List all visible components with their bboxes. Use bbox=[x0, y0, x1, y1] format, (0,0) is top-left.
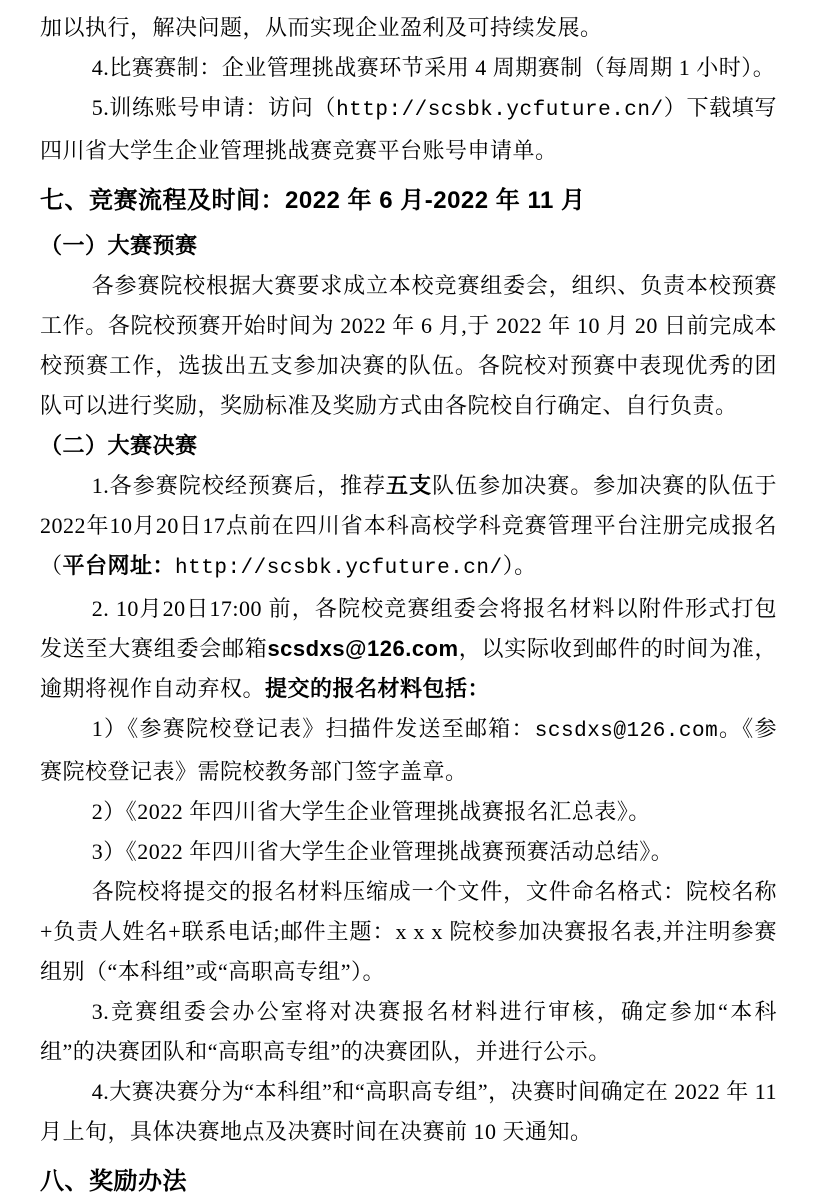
heading-sub-1-preliminary: （一）大赛预赛 bbox=[40, 226, 777, 266]
para-item-5-training-account: 5.训练账号申请：访问（http://scsbk.ycfuture.cn/）下载… bbox=[40, 88, 777, 171]
para-final-2-materials-email: 2. 10月20日17:00 前，各院校竞赛组委会将报名材料以附件形式打包发送至… bbox=[40, 589, 777, 709]
text-run: 4.比赛赛制：企业管理挑战赛环节采用 4 周期赛制（每周期 1 小时）。 bbox=[92, 55, 776, 80]
heading-sub-2-final: （二）大赛决赛 bbox=[40, 426, 777, 466]
para-intro-continuation: 加以执行，解决问题，从而实现企业盈利及可持续发展。 bbox=[40, 8, 777, 48]
text-run: 八、奖励办法 bbox=[40, 1168, 187, 1195]
text-run: 五支 bbox=[386, 473, 432, 498]
text-run: 5.训练账号申请：访问（ bbox=[92, 95, 336, 120]
para-material-3-activity-summary: 3）《2022 年四川省大学生企业管理挑战赛预赛活动总结》。 bbox=[40, 832, 777, 872]
text-run: ）。 bbox=[503, 553, 537, 578]
text-run: 平台网址： bbox=[63, 553, 176, 578]
text-run: （二）大赛决赛 bbox=[40, 433, 198, 458]
text-run: 提交的报名材料包括： bbox=[265, 676, 490, 701]
para-package-naming: 各院校将提交的报名材料压缩成一个文件，文件命名格式：院校名称+负责人姓名+联系电… bbox=[40, 872, 777, 992]
para-final-4-schedule: 4.大赛决赛分为“本科组”和“高职高专组”，决赛时间确定在 2022 年 11 … bbox=[40, 1072, 777, 1152]
para-preliminary-round: 各参赛院校根据大赛要求成立本校竞赛组委会，组织、负责本校预赛工作。各院校预赛开始… bbox=[40, 266, 777, 426]
text-run: 2）《2022 年四川省大学生企业管理挑战赛报名汇总表》。 bbox=[92, 799, 651, 824]
text-run: 4.大赛决赛分为“本科组”和“高职高专组”，决赛时间确定在 2022 年 11 … bbox=[40, 1079, 777, 1144]
text-run: 各院校将提交的报名材料压缩成一个文件，文件命名格式：院校名称+负责人姓名+联系电… bbox=[40, 879, 777, 984]
text-run: 七、竞赛流程及时间：2022 年 6 月-2022 年 11 月 bbox=[40, 187, 586, 214]
text-run: 1.各参赛院校经预赛后，推荐 bbox=[92, 473, 386, 498]
text-run: 3.竞赛组委会办公室将对决赛报名材料进行审核，确定参加“本科组”的决赛团队和“高… bbox=[40, 999, 777, 1064]
text-run: scsdxs@126.com bbox=[267, 636, 458, 661]
text-run: 1）《参赛院校登记表》扫描件发送至邮箱： bbox=[92, 716, 535, 741]
para-material-2-summary-table: 2）《2022 年四川省大学生企业管理挑战赛报名汇总表》。 bbox=[40, 792, 777, 832]
para-material-1-registration-form: 1）《参赛院校登记表》扫描件发送至邮箱：scsdxs@126.com。《参赛院校… bbox=[40, 709, 777, 792]
text-run: 加以执行，解决问题，从而实现企业盈利及可持续发展。 bbox=[40, 15, 603, 40]
latin-text-run: http://scsbk.ycfuture.cn/ bbox=[175, 557, 503, 580]
document-page: 加以执行，解决问题，从而实现企业盈利及可持续发展。4.比赛赛制：企业管理挑战赛环… bbox=[0, 0, 819, 1200]
document-body: 加以执行，解决问题，从而实现企业盈利及可持续发展。4.比赛赛制：企业管理挑战赛环… bbox=[40, 8, 777, 1200]
para-final-1-registration: 1.各参赛院校经预赛后，推荐五支队伍参加决赛。参加决赛的队伍于2022年10月2… bbox=[40, 466, 777, 589]
text-run: 3）《2022 年四川省大学生企业管理挑战赛预赛活动总结》。 bbox=[92, 839, 674, 864]
latin-text-run: http://scsbk.ycfuture.cn/ bbox=[336, 99, 664, 122]
text-run: （一）大赛预赛 bbox=[40, 233, 198, 258]
heading-section-8: 八、奖励办法 bbox=[40, 1162, 777, 1200]
para-final-3-review: 3.竞赛组委会办公室将对决赛报名材料进行审核，确定参加“本科组”的决赛团队和“高… bbox=[40, 992, 777, 1072]
latin-text-run: scsdxs@126.com bbox=[535, 720, 718, 743]
heading-section-7: 七、竞赛流程及时间：2022 年 6 月-2022 年 11 月 bbox=[40, 181, 777, 221]
text-run: 各参赛院校根据大赛要求成立本校竞赛组委会，组织、负责本校预赛工作。各院校预赛开始… bbox=[40, 273, 777, 418]
para-item-4-match-format: 4.比赛赛制：企业管理挑战赛环节采用 4 周期赛制（每周期 1 小时）。 bbox=[40, 48, 777, 88]
